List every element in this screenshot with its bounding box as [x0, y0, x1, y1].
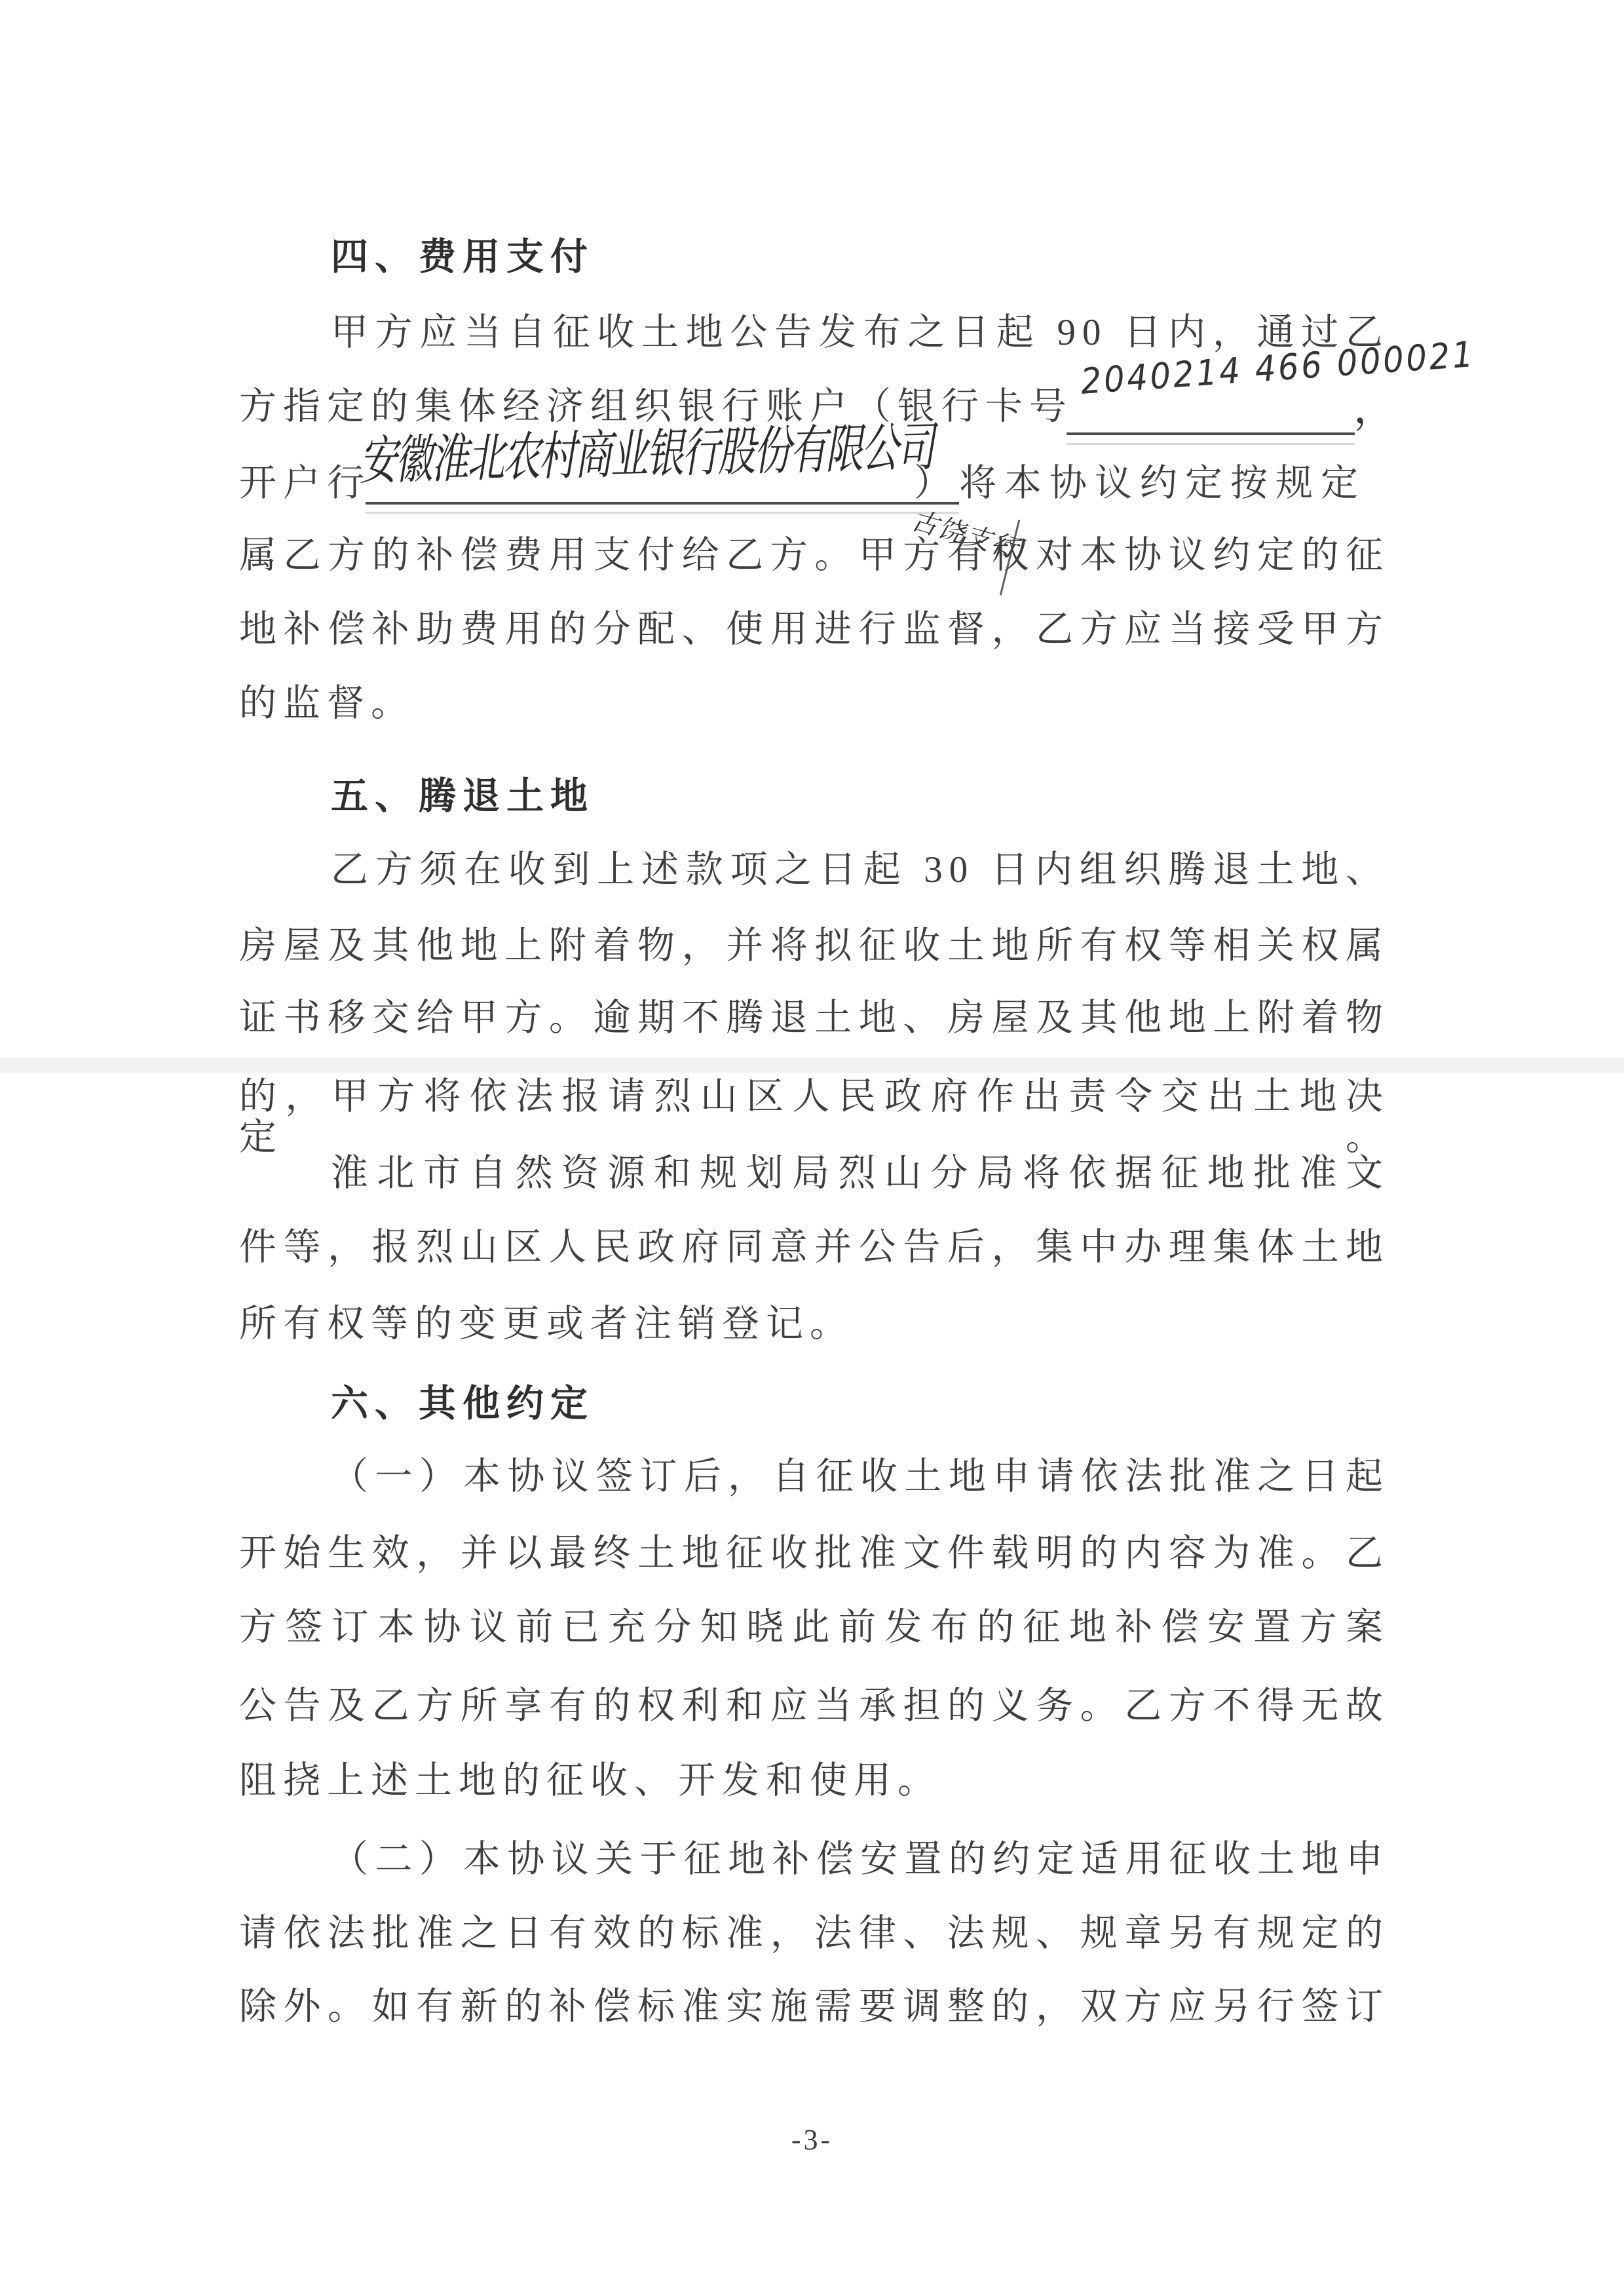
page-number: -3-: [0, 2123, 1624, 2156]
bank-card-line-prefix: 方指定的集体经济组织银行账户（银行卡号: [239, 387, 1073, 427]
bank-name-line-prefix: 开户行: [239, 463, 371, 504]
scanned-contract-page: 四、费用支付 甲方应当自征收土地公告发布之日起 90 日内，通过乙 方指定的集体…: [0, 0, 1624, 2296]
para-line: 件等，报烈山区人民政府同意并公告后，集中办理集体土地: [239, 1227, 1389, 1268]
handwritten-comma: ，: [1353, 388, 1395, 430]
para-line: 淮北市自然资源和规划局烈山分局将依据征地批准文: [239, 1153, 1389, 1194]
bank-name-underline-shadow: [366, 512, 959, 514]
bank-card-blank-underline: [1067, 432, 1355, 435]
section-heading-other-agreements: 六、其他约定: [239, 1384, 1389, 1425]
para-line: 乙方须在收到上述款项之日起 30 日内组织腾退土地、: [239, 850, 1389, 890]
para-line: （二）本协议关于征地补偿安置的约定适用征收土地申: [239, 1839, 1389, 1880]
para-line: 请依法批准之日有效的标准，法律、法规、规章另有规定的: [239, 1913, 1389, 1954]
bank-card-underline-shadow: [1067, 443, 1355, 445]
para-line: 的，甲方将依法报请烈山区人民政府作出责令交出土地决定。: [239, 1077, 1389, 1157]
para-line: 属乙方的补偿费用支付给乙方。甲方有权对本协议约定的征: [239, 535, 1389, 576]
para-line: 的监督。: [239, 683, 1389, 724]
para-line: 证书移交给甲方。逾期不腾退土地、房屋及其他地上附着物: [239, 998, 1389, 1039]
handwritten-bank-name: 安徽淮北农村商业银行股份有限公司: [359, 421, 933, 488]
para-line: 房屋及其他地上附着物，并将拟征收土地所有权等相关权属: [239, 926, 1389, 966]
section-heading-vacate-land: 五、腾退土地: [239, 776, 1389, 817]
para-line: 阻挠上述土地的征收、开发和使用。: [239, 1761, 1389, 1801]
para-line: 方签订本协议前已充分知晓此前发布的征地补偿安置方案: [239, 1607, 1389, 1648]
para-line: 甲方应当自征收土地公告发布之日起 90 日内，通过乙: [239, 313, 1389, 353]
para-line: （一）本协议签订后，自征收土地申请依法批准之日起: [239, 1457, 1389, 1497]
bank-name-line-suffix: ）将本协议约定按规定: [914, 463, 1366, 504]
scan-artifact-band: [0, 1058, 1624, 1073]
para-line: 开始生效，并以最终土地征收批准文件载明的内容为准。乙: [239, 1533, 1389, 1574]
para-line: 除外。如有新的补偿标准实施需要调整的，双方应另行签订: [239, 1987, 1389, 2027]
para-line: 所有权等的变更或者注销登记。: [239, 1304, 1389, 1345]
para-line: 公告及乙方所享有的权利和应当承担的义务。乙方不得无故: [239, 1686, 1389, 1727]
para-line: 地补偿补助费用的分配、使用进行监督，乙方应当接受甲方: [239, 609, 1389, 650]
bank-name-blank-underline: [366, 502, 959, 505]
section-heading-fee-payment: 四、费用支付: [239, 237, 1389, 278]
